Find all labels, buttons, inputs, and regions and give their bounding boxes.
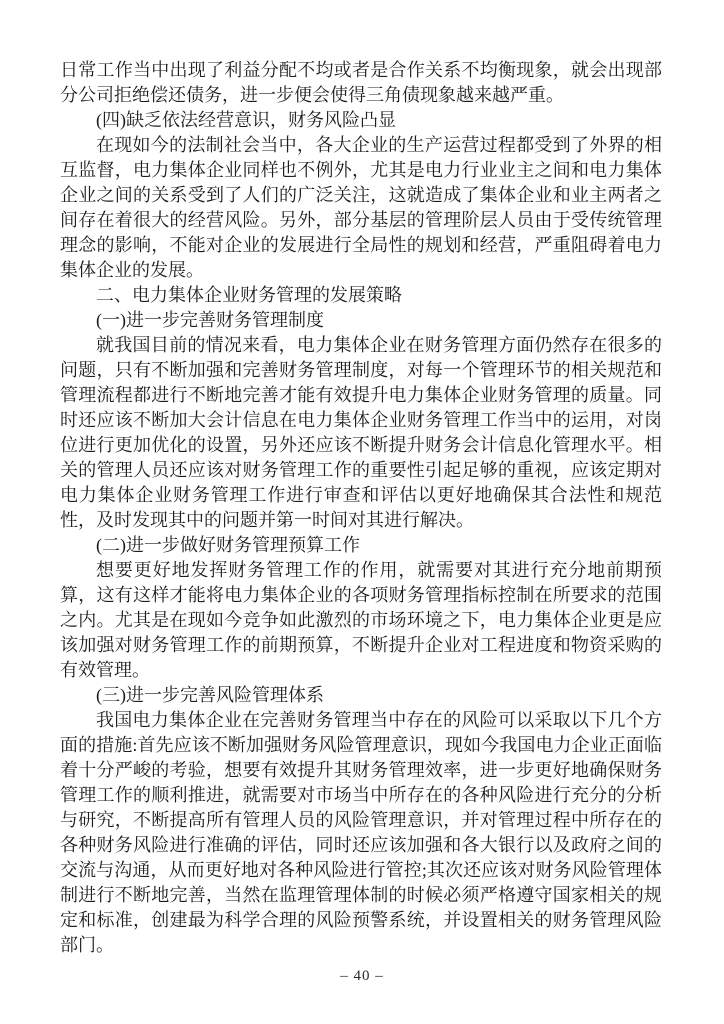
paragraph-strategy-3-body: 我国电力集体企业在完善财务管理当中存在的风险可以采取以下几个方面的措施:首先应该… — [60, 708, 662, 958]
heading-strategy-3: (三)进一步完善风险管理体系 — [60, 683, 662, 708]
paragraph-section-4-body: 在现如今的法制社会当中，各大企业的生产运营过程都受到了外界的相互监督，电力集体企… — [60, 133, 662, 283]
paragraph-strategy-2-body: 想要更好地发挥财务管理工作的作用，就需要对其进行充分地前期预算，这有这样才能将电… — [60, 558, 662, 683]
heading-strategy-1: (一)进一步完善财务管理制度 — [60, 308, 662, 333]
document-page: 日常工作当中出现了利益分配不均或者是合作关系不均衡现象，就会出现部分公司拒绝偿还… — [0, 0, 724, 1024]
document-body: 日常工作当中出现了利益分配不均或者是合作关系不均衡现象，就会出现部分公司拒绝偿还… — [60, 58, 662, 958]
page-number: – 40 – — [0, 966, 724, 986]
heading-section-4: (四)缺乏依法经营意识，财务风险凸显 — [60, 108, 662, 133]
paragraph-continuation: 日常工作当中出现了利益分配不均或者是合作关系不均衡现象，就会出现部分公司拒绝偿还… — [60, 58, 662, 108]
heading-strategy-2: (二)进一步做好财务管理预算工作 — [60, 533, 662, 558]
paragraph-strategy-1-body: 就我国目前的情况来看，电力集体企业在财务管理方面仍然存在很多的问题，只有不断加强… — [60, 333, 662, 533]
heading-chapter-2: 二、电力集体企业财务管理的发展策略 — [60, 283, 662, 308]
